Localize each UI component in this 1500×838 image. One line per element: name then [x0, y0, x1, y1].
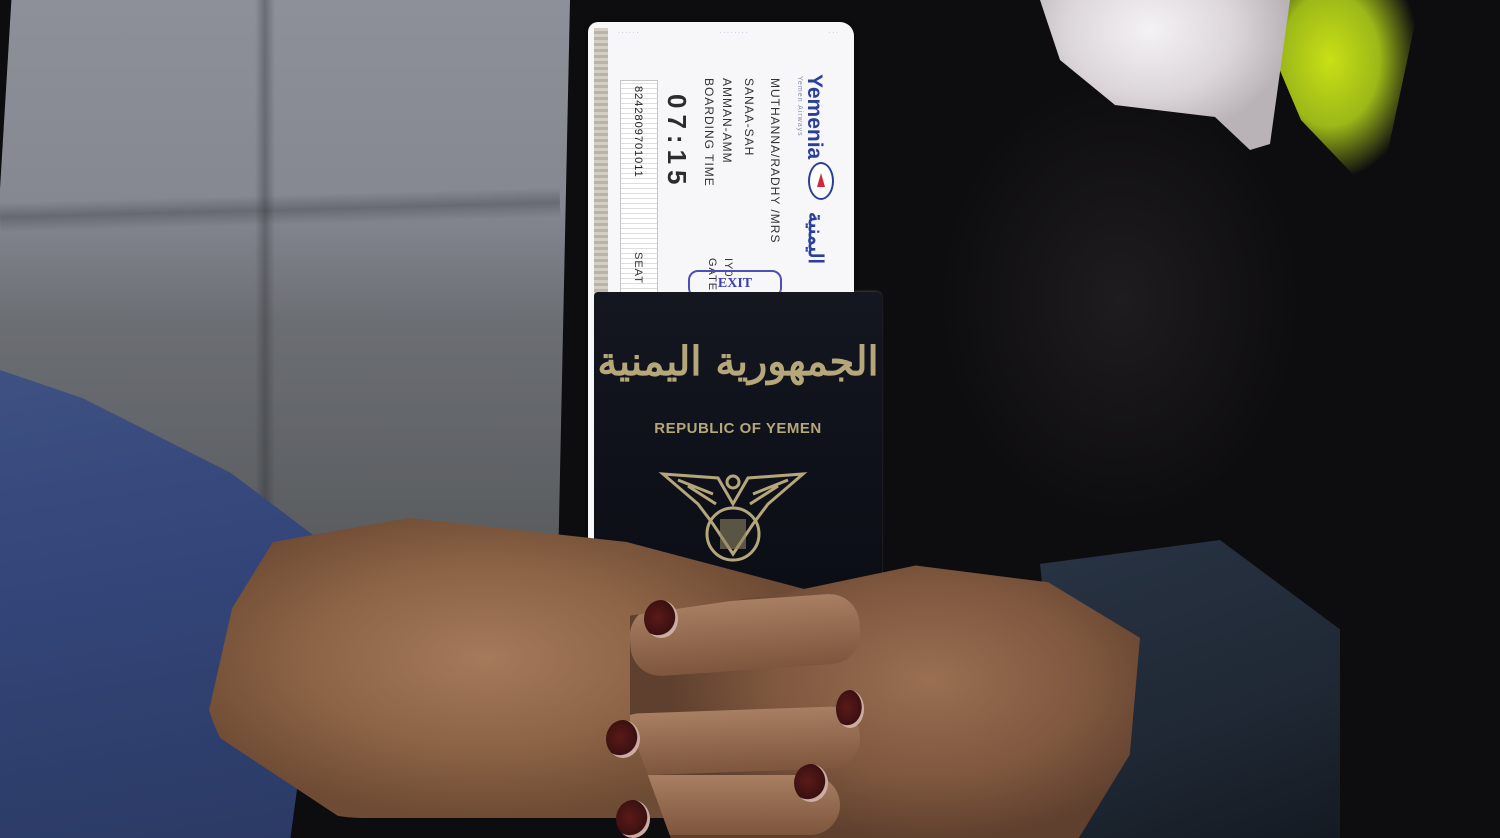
airline-name: Yemenia	[802, 74, 826, 159]
fine-print-right: · · ·	[829, 30, 838, 36]
passport-title-english: REPUBLIC OF YEMEN	[594, 420, 882, 437]
boarding-time: 07:15	[661, 94, 692, 191]
route-destination: AMMAN-AMM	[720, 78, 734, 164]
fingernail	[794, 764, 828, 802]
fingernail	[644, 600, 678, 638]
boarding-time-label: BOARDING TIME	[702, 78, 716, 187]
garment-fold	[255, 0, 275, 520]
fine-print-left: · · · · · ·	[618, 30, 638, 36]
fingernail	[606, 720, 640, 758]
airline-logo-icon	[808, 162, 834, 200]
boarding-pass-header-fine-print: · · · · · · · · · · · · · · · · ·	[618, 30, 838, 36]
fine-print-mid: · · · · · · · ·	[720, 30, 748, 36]
finger	[609, 706, 861, 777]
fingernail	[616, 800, 650, 838]
route-origin: SANAA-SAH	[742, 78, 756, 156]
passenger-name: MUTHANNA/RADHY /MRS	[768, 78, 782, 243]
sequence-number: 8242809701011	[632, 86, 644, 178]
seat-label: SEAT	[632, 252, 644, 284]
fingernail	[836, 690, 864, 728]
airline-subtitle: Yemen Airways	[796, 76, 803, 137]
passport-title-arabic: الجمهورية اليمنية	[594, 338, 882, 385]
eagle-emblem-icon	[658, 464, 808, 564]
airline-name-arabic: اليمنية	[803, 212, 828, 264]
